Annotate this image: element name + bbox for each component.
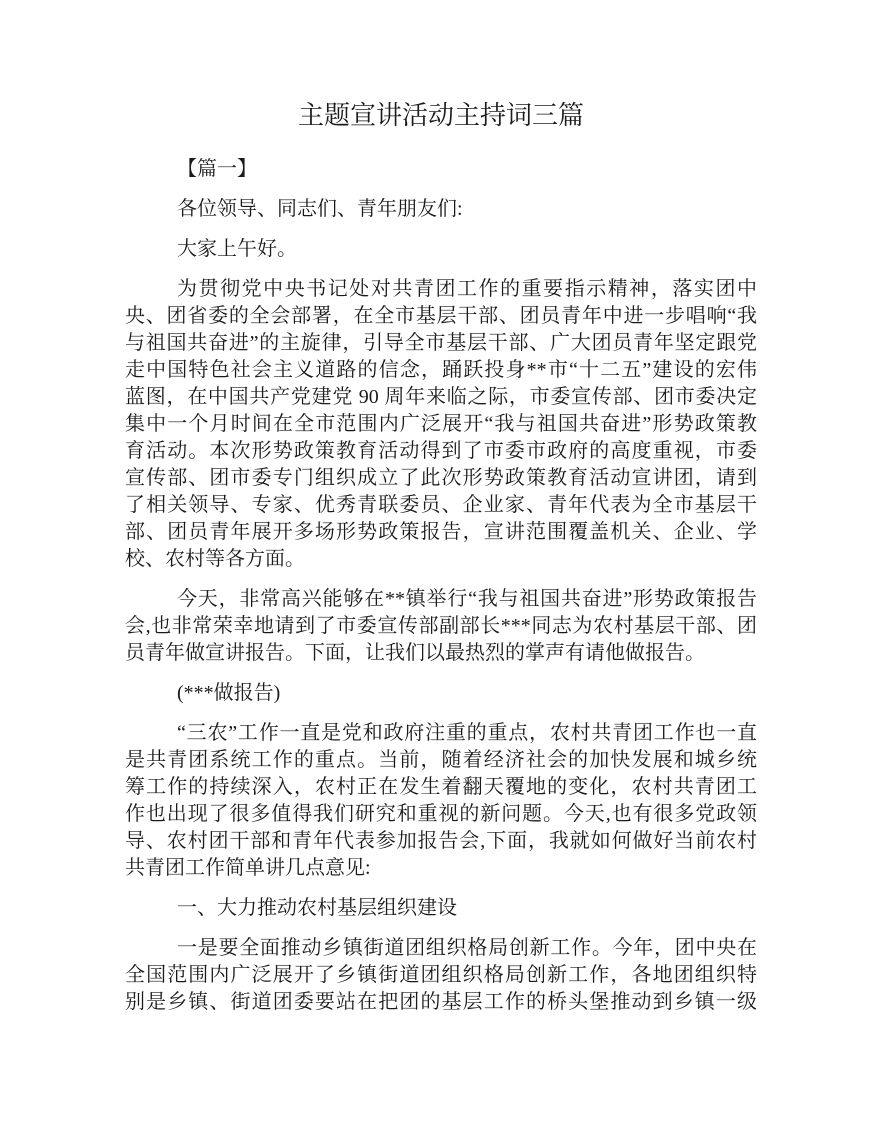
text-line: 共青团工作简单讲几点意见: [125, 855, 757, 882]
text-line: 央、团省委的全会部署，在全市基层干部、团员青年中进一步唱响“我 [125, 303, 757, 330]
text-line: 育活动。本次形势政策教育活动得到了市委市政府的高度重视，市委 [125, 438, 757, 465]
text-line: 是共青团系统工作的重点。当前，随着经济社会的加快发展和城乡统 [125, 747, 757, 774]
text-line: 作也出现了很多值得我们研究和重视的新问题。今天,也有很多党政领 [125, 801, 757, 828]
text-line: 别是乡镇、街道团委要站在把团的基层工作的桥头堡推动到乡镇一级 [125, 989, 757, 1016]
text-line: 校、农村等各方面。 [125, 546, 757, 573]
document-page: 主题宣讲活动主持词三篇 【篇一】各位领导、同志们、青年朋友们:大家上午好。为贯彻… [0, 0, 884, 1144]
text-line: 【篇一】 [125, 156, 757, 183]
section-marker: 【篇一】 [125, 156, 757, 183]
text-line: 蓝图，在中国共产党建党 90 周年来临之际，市委宣传部、团市委决定 [125, 384, 757, 411]
text-line: 宣传部、团市委专门组织成立了此次形势政策教育活动宣讲团，请到 [125, 465, 757, 492]
text-line: 了相关领导、专家、优秀青联委员、企业家、青年代表为全市基层干 [125, 492, 757, 519]
paragraph: “三农”工作一直是党和政府注重的重点，农村共青团工作也一直是共青团系统工作的重点… [125, 720, 757, 882]
text-line: 一是要全面推动乡镇街道团组织格局创新工作。今年，团中央在 [125, 935, 757, 962]
text-line: 会,也非常荣幸地请到了市委宣传部副部长***同志为农村基层干部、团 [125, 613, 757, 640]
section-heading: 一、大力推动农村基层组织建设 [125, 895, 757, 922]
salutation: 各位领导、同志们、青年朋友们: [125, 196, 757, 223]
text-line: (***做报告) [125, 680, 757, 707]
text-line: 全国范围内广泛展开了乡镇街道团组织格局创新工作，各地团组织特 [125, 962, 757, 989]
paragraph: 今天，非常高兴能够在**镇举行“我与祖国共奋进”形势政策报告会,也非常荣幸地请到… [125, 586, 757, 667]
document-body: 【篇一】各位领导、同志们、青年朋友们:大家上午好。为贯彻党中央书记处对共青团工作… [125, 156, 757, 1016]
text-line: 走中国特色社会主义道路的信念，踊跃投身**市“十二五”建设的宏伟 [125, 357, 757, 384]
text-line: 与祖国共奋进”的主旋律，引导全市基层干部、广大团员青年坚定跟党 [125, 330, 757, 357]
document-content: 主题宣讲活动主持词三篇 【篇一】各位领导、同志们、青年朋友们:大家上午好。为贯彻… [125, 98, 757, 1016]
document-title: 主题宣讲活动主持词三篇 [125, 98, 757, 134]
text-line: 为贯彻党中央书记处对共青团工作的重要指示精神，落实团中 [125, 276, 757, 303]
text-line: 部、团员青年展开多场形势政策报告，宣讲范围覆盖机关、企业、学 [125, 519, 757, 546]
text-line: 各位领导、同志们、青年朋友们: [125, 196, 757, 223]
text-line: 筹工作的持续深入，农村正在发生着翻天覆地的变化，农村共青团工 [125, 774, 757, 801]
paragraph: 一是要全面推动乡镇街道团组织格局创新工作。今年，团中央在全国范围内广泛展开了乡镇… [125, 935, 757, 1016]
text-line: 集中一个月时间在全市范围内广泛展开“我与祖国共奋进”形势政策教 [125, 411, 757, 438]
text-line: 员青年做宣讲报告。下面，让我们以最热烈的掌声有请他做报告。 [125, 640, 757, 667]
greeting: 大家上午好。 [125, 236, 757, 263]
paragraph: 为贯彻党中央书记处对共青团工作的重要指示精神，落实团中央、团省委的全会部署，在全… [125, 276, 757, 573]
text-line: 一、大力推动农村基层组织建设 [125, 895, 757, 922]
text-line: 今天，非常高兴能够在**镇举行“我与祖国共奋进”形势政策报告 [125, 586, 757, 613]
stage-direction: (***做报告) [125, 680, 757, 707]
text-line: “三农”工作一直是党和政府注重的重点，农村共青团工作也一直 [125, 720, 757, 747]
text-line: 大家上午好。 [125, 236, 757, 263]
text-line: 导、农村团干部和青年代表参加报告会,下面，我就如何做好当前农村 [125, 828, 757, 855]
